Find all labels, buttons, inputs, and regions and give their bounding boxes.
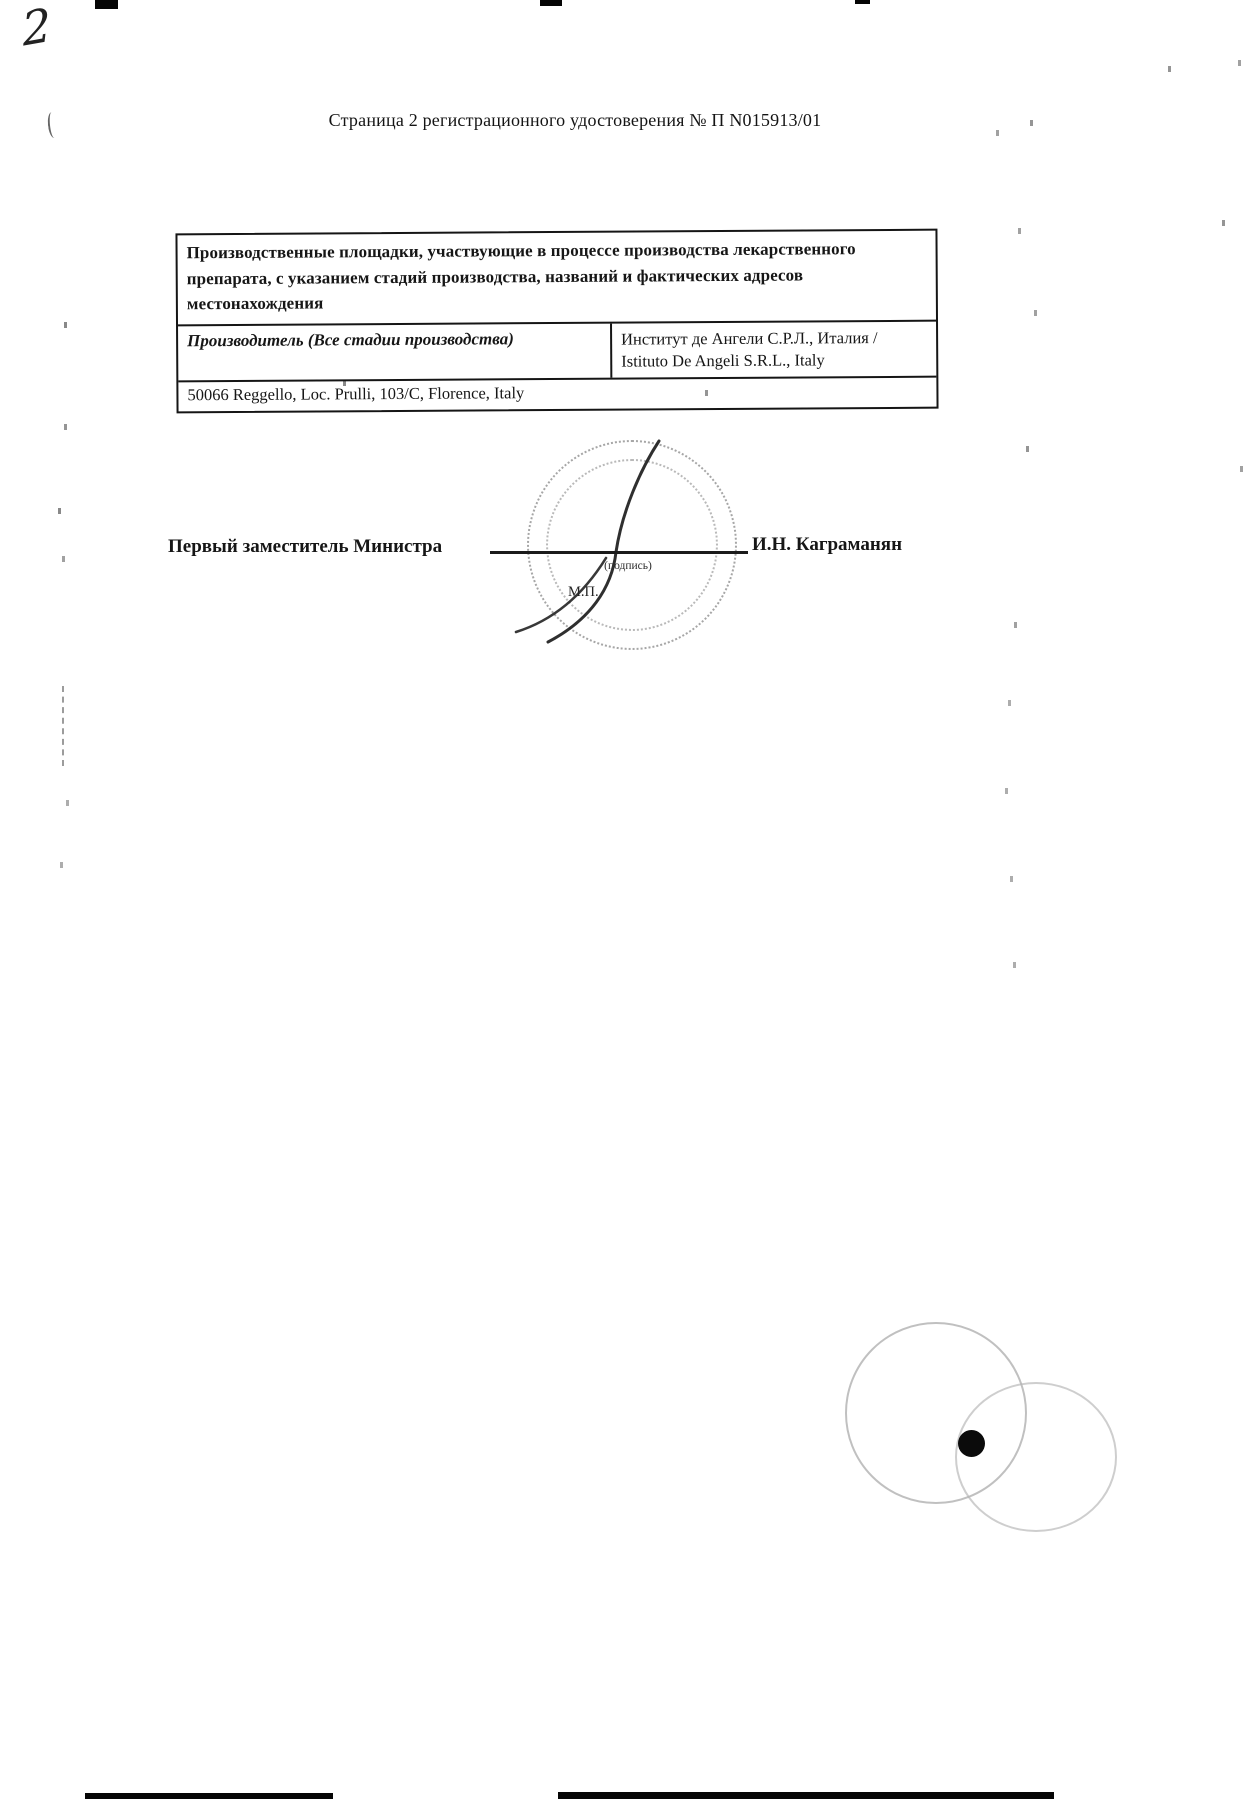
table-row: Производитель (Все стадии производства) … xyxy=(178,321,936,382)
scan-artifact-bottom-bar-2 xyxy=(558,1792,1054,1799)
handwritten-page-number: 2 xyxy=(20,0,53,57)
table-header-cell: Производственные площадки, участвующие в… xyxy=(177,231,936,326)
scan-artifact-top-bar-3 xyxy=(855,0,870,4)
scan-artifact-top-bar-2 xyxy=(540,0,562,6)
page-title: Страница 2 регистрационного удостоверени… xyxy=(180,110,970,131)
production-sites-table: Производственные площадки, участвующие в… xyxy=(175,229,938,414)
manufacturer-label-cell: Производитель (Все стадии производства) xyxy=(178,323,612,380)
signatory-title: Первый заместитель Министра xyxy=(168,536,442,558)
ink-dot xyxy=(958,1430,985,1457)
scan-artifact-specks xyxy=(0,0,3,6)
signatory-name: И.Н. Каграманян xyxy=(752,534,902,556)
scan-artifact-paren-mark xyxy=(47,112,60,139)
scan-artifact-bottom-bar-1 xyxy=(85,1793,333,1799)
signature-stroke xyxy=(500,425,760,665)
stamp-remnant-circle-2 xyxy=(955,1382,1117,1532)
signature-caption: (подпись) xyxy=(548,560,708,572)
seal-caption: М.П. xyxy=(568,584,599,601)
scan-artifact-top-bar-1 xyxy=(95,0,118,9)
address-cell: 50066 Reggello, Loc. Prulli, 103/C, Flor… xyxy=(178,378,936,412)
manufacturer-name-en: Istituto De Angeli S.R.L., Italy xyxy=(621,349,927,373)
manufacturer-value-cell: Институт де Ангели С.Р.Л., Италия / Isti… xyxy=(612,321,936,378)
scan-artifact-dashed-line xyxy=(62,686,64,766)
manufacturer-name-ru: Институт де Ангели С.Р.Л., Италия / xyxy=(621,326,927,350)
signature-line xyxy=(490,551,748,554)
